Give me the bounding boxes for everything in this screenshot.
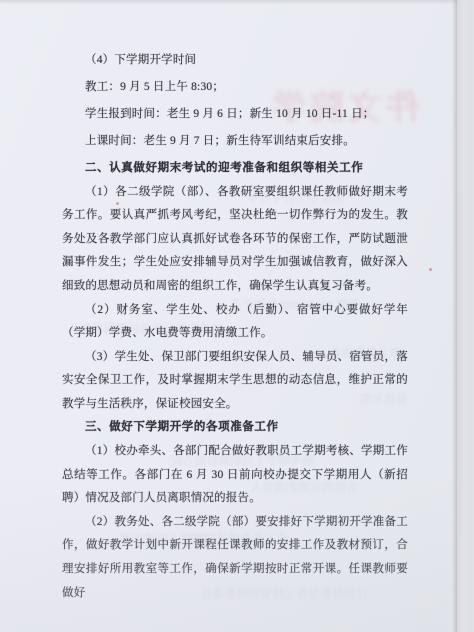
paragraph: （1）校办牵头、各部门配合做好教职员工学期考核、学期工作总结等工作。各部门在 6…	[62, 440, 408, 511]
bleedthrough-text-line: 告报的况情职离员人	[250, 478, 358, 495]
ink-speck	[116, 202, 119, 205]
section-heading: 三、做好下学期开学的各项准备工作	[62, 416, 408, 440]
section-heading: 二、认真做好期末考试的迎考准备和组织等相关工作	[62, 157, 408, 181]
document-body: （4）下学期开学时间教工：9 月 5 日上午 8:30；学生报到时间：老生 9 …	[62, 49, 408, 605]
paragraph: 教工：9 月 5 日上午 8:30；	[62, 76, 408, 100]
scanned-paper-sheet: 件文院学 05:8 午上日 5 月 9年学 0202-9102 好做于关知通的作…	[0, 0, 457, 632]
paragraph: 学生报到时间：老生 9 月 6 日；新生 10 月 10 日-11 日；	[62, 103, 408, 127]
paragraph: （3）学生处、保卫部门要组织安保人员、辅导员、宿管员，落实安全保卫工作，及时掌握…	[62, 346, 408, 417]
paragraph: （4）下学期开学时间	[62, 49, 408, 73]
paragraph: （2）财务室、学生处、校办（后勤）、宿管中心要做好学年（学期）学费、水电费等费用…	[62, 299, 408, 346]
ink-speck	[429, 268, 432, 271]
paragraph: （1）各二级学院（部）、各教研室要组织课任教师做好期末考务工作。要认真严抓考风考…	[62, 181, 408, 299]
scanner-background-strip	[457, 0, 474, 632]
paragraph: 上课时间：老生 9 月 7 日；新生待军训结束后安排。	[62, 130, 408, 154]
bleedthrough-text-line: 订预材教及作工排安的师教课任	[200, 585, 368, 602]
paragraph: （2）教务处、各二级学院（部）要安排好下学期初开学准备工作，做好教学计划中新开课…	[62, 511, 408, 605]
bleedthrough-text-line: 作工备准学开初期学下好排安要	[120, 530, 288, 547]
